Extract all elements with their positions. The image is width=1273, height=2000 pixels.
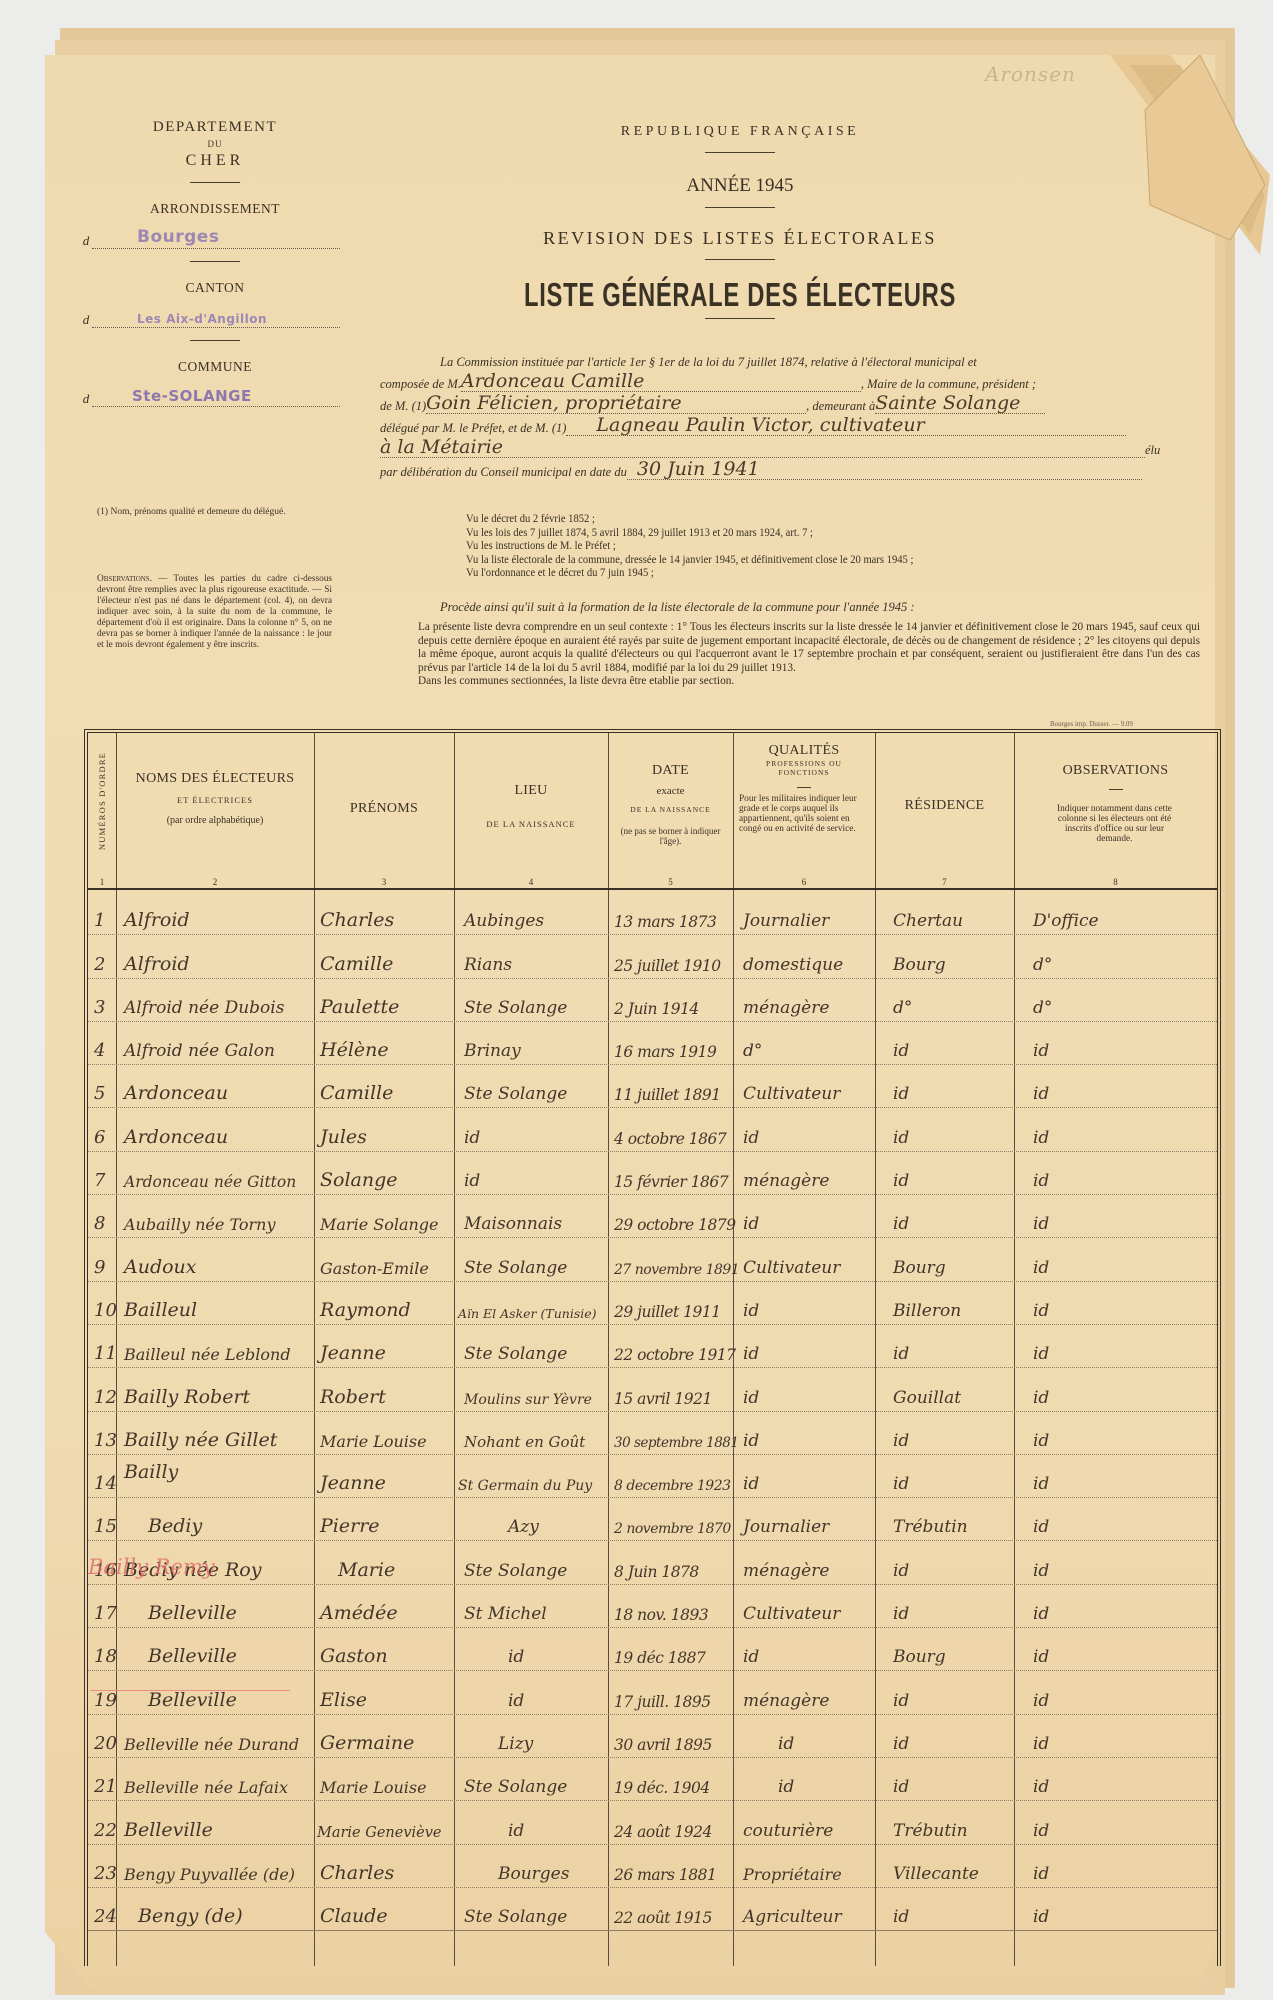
table-row: 8Aubailly née TornyMarie SolangeMaisonna… [88,1195,1217,1238]
cell-observations: id [1033,1691,1049,1711]
cell-profession: Journalier [743,911,829,931]
cell-lieu: id [508,1647,524,1667]
cell-date: 11 juillet 1891 [614,1086,721,1104]
cell-lieu: Ste Solange [464,1084,567,1104]
divider [705,207,775,208]
procede-statement: Procède ainsi qu'il suit à la formation … [440,600,915,615]
vu-line: Vu la liste électorale de la commune, dr… [466,554,913,568]
cell-prenoms: Paulette [320,996,399,1018]
cell-nom: Bailleul [124,1299,197,1321]
year-heading: ANNÉE 1945 [420,175,1060,197]
cell-prenoms: Jeanne [320,1472,386,1494]
cell-profession: ménagère [743,1691,829,1711]
cell-profession: Journalier [743,1517,829,1537]
cell-lieu: Nohant en Goût [464,1433,585,1451]
cell-residence: Trébutin [893,1517,968,1537]
table-row: 14BaillyJeanneSt Germain du Puy8 decembr… [88,1455,1217,1498]
cell-nom: Aubailly née Torny [124,1215,276,1234]
table-row: 11Bailleul née LeblondJeanneSte Solange2… [88,1325,1217,1368]
red-annotation: Bailly Remy [88,1555,215,1579]
table-row: 1AlfroidCharlesAubinges13 mars 1873Journ… [88,892,1217,935]
header-residence-title: RÉSIDENCE [875,798,1014,814]
cell-residence: Trébutin [893,1821,968,1841]
cell-prenoms: Claude [320,1905,388,1927]
cell-observations: id [1033,1084,1049,1104]
column-number: 6 [733,877,875,887]
cell-date: 24 août 1924 [614,1823,712,1841]
cell-prenoms: Marie [338,1559,395,1581]
demeurant-label: , demeurant à [806,399,875,414]
table-row: 5ArdonceauCamilleSte Solange11 juillet 1… [88,1065,1217,1108]
cell-observations: D'office [1033,911,1099,931]
pencil-note: Aronsen [985,62,1076,86]
cell-observations: id [1033,1128,1049,1148]
field-prefix: d [80,233,92,249]
cell-date: 27 novembre 1891 [614,1262,739,1278]
column-number: 3 [314,877,454,887]
table-row: 22BellevilleMarie Genevièveid24 août 192… [88,1801,1217,1844]
cell-num: 17 [94,1603,117,1624]
cell-observations: id [1033,1734,1049,1754]
cell-residence: d° [893,998,912,1018]
cell-observations: id [1033,1864,1049,1884]
cell-prenoms: Marie Geneviève [317,1825,442,1841]
commune-field: d Ste-SOLANGE [80,383,340,407]
header-date: DATE exacte DE LA NAISSANCE (ne pas se b… [608,733,733,890]
cell-date: 13 mars 1873 [614,913,716,931]
header-noms-sub: ET ÉLECTRICES [116,795,314,805]
cell-prenoms: Jeanne [320,1342,386,1364]
cell-num: 20 [94,1733,117,1754]
cell-nom: Ardonceau née Gitton [124,1173,296,1191]
cell-lieu: id [464,1128,480,1148]
cell-prenoms: Camille [320,1082,393,1104]
cell-profession: id [743,1431,759,1451]
header-date-sub2: DE LA NAISSANCE [608,805,733,814]
cell-num: 11 [94,1343,117,1364]
cell-observations: id [1033,1214,1049,1234]
red-underline [90,1690,290,1691]
cell-prenoms: Jules [320,1126,367,1148]
cell-residence: id [893,1691,909,1711]
cell-date: 15 avril 1921 [614,1390,712,1408]
commission-paragraph: La Commission instituée par l'article 1e… [380,352,1195,480]
cell-profession: id [743,1301,759,1321]
header-observations: OBSERVATIONS Indiquer notamment dans cet… [1014,733,1217,890]
cell-date: 2 novembre 1870 [614,1521,731,1537]
cell-num: 18 [94,1646,117,1667]
cell-prenoms: Charles [320,1862,394,1884]
cell-num: 21 [94,1776,117,1797]
cell-profession: id [743,1647,759,1667]
cell-profession: id [778,1734,794,1754]
cell-observations: id [1033,1777,1049,1797]
header-prenoms: PRÉNOMS 3 [314,733,454,890]
vu-line: Vu l'ordonnance et le décret du 7 juin 1… [466,567,913,581]
cell-lieu: Aubinges [464,911,544,931]
cell-date: 30 septembre 1881 [614,1435,738,1451]
observations-text: — Toutes les parties du cadre ci-dessous… [97,574,332,650]
vu-line: Vu le décret du 2 févrie 1852 ; [466,513,913,527]
title-block: REPUBLIQUE FRANÇAISE ANNÉE 1945 REVISION… [420,124,1060,319]
cell-nom: Alfroid née Galon [124,1041,275,1061]
table-row: 6ArdonceauJulesid4 octobre 1867ididid [88,1108,1217,1151]
cell-nom: Audoux [124,1256,197,1278]
cell-residence: Gouillat [893,1388,961,1408]
column-number: 4 [454,877,608,887]
cell-num: 3 [94,997,105,1018]
cell-date: 8 decembre 1923 [614,1478,731,1494]
cell-profession: domestique [743,955,843,975]
cell-date: 30 avril 1895 [614,1736,712,1754]
cell-num: 15 [94,1516,117,1537]
cell-nom: Belleville [148,1645,237,1667]
cell-nom: Ardonceau [124,1082,228,1104]
cell-date: 19 déc. 1904 [614,1779,710,1797]
electors-table: NUMÉROS D'ORDRE 1 NOMS DES ÉLECTEURS ET … [84,729,1221,1966]
divider [705,259,775,260]
column-number: 7 [875,877,1014,887]
commission-line-2: composée de M. Ardonceau Camille , Maire… [380,370,1195,392]
cell-num: 23 [94,1863,117,1884]
canton-stamp: Les Aix-d'Angillon [137,312,267,326]
cell-date: 15 février 1867 [614,1173,728,1191]
cell-profession: Agriculteur [743,1907,842,1927]
column-number: 8 [1014,877,1217,887]
cell-lieu: Ste Solange [464,998,567,1018]
cell-residence: id [893,1474,909,1494]
presente-paragraph-2: Dans les communes sectionnées, la liste … [394,675,1200,689]
cell-lieu: id [464,1171,480,1191]
cell-num: 24 [94,1906,117,1927]
cell-prenoms: Marie Louise [320,1432,427,1451]
cell-nom: Bediy [148,1515,202,1537]
cell-observations: d° [1033,955,1052,975]
cell-observations: id [1033,1171,1049,1191]
cell-num: 6 [94,1127,105,1148]
cell-prenoms: Gaston [320,1645,388,1667]
table-row: 7Ardonceau née GittonSolangeid15 février… [88,1152,1217,1195]
cell-nom: Alfroid [124,909,190,931]
cell-lieu: id [508,1821,524,1841]
delegue-label: délégué par M. le Préfet, et de M. (1) [380,421,566,436]
table-row: 18BellevilleGastonid19 déc 1887idBourgid [88,1628,1217,1671]
cell-residence: id [893,1431,909,1451]
canton-field: d Les Aix-d'Angillon [80,304,340,328]
divider [797,787,811,788]
cell-prenoms: Raymond [320,1299,411,1321]
cell-profession: id [743,1344,759,1364]
maire-suffix: , Maire de la commune, président ; [861,377,1036,392]
divider [1109,789,1123,790]
header-lieu-title: LIEU [454,783,608,799]
header-residence: RÉSIDENCE 7 [875,733,1014,890]
observations-note: Observations. — Toutes les parties du ca… [97,574,332,651]
cell-residence: id [893,1907,909,1927]
cell-residence: id [893,1734,909,1754]
commission-line-4: délégué par M. le Préfet, et de M. (1) L… [380,414,1195,436]
cell-profession: id [743,1388,759,1408]
cell-nom: Alfroid née Dubois [124,998,284,1018]
cell-prenoms: Pierre [320,1515,380,1537]
header-observations-title: OBSERVATIONS [1014,763,1217,779]
cell-num: 4 [94,1040,105,1061]
cell-nom: Bailly née Gillet [124,1429,277,1451]
header-numeros-label: NUMÉROS D'ORDRE [97,752,107,850]
cell-residence: Bourg [893,1258,946,1278]
header-prenoms-title: PRÉNOMS [314,801,454,817]
arrondissement-stamp: Bourges [137,227,219,247]
cell-profession: id [778,1777,794,1797]
arrondissement-field: d Bourges [80,225,340,249]
header-qualites-title: QUALITÉS [733,743,875,759]
cell-residence: id [893,1777,909,1797]
column-number: 2 [116,877,314,887]
cell-num: 22 [94,1820,117,1841]
cell-observations: id [1033,1821,1049,1841]
cell-residence: id [893,1561,909,1581]
cell-profession: Cultivateur [743,1084,840,1104]
cell-date: 29 juillet 1911 [614,1303,721,1321]
composee-label: composée de M. [380,377,461,392]
vu-list: Vu le décret du 2 févrie 1852 ; Vu les l… [466,513,913,581]
cell-observations: id [1033,1258,1049,1278]
revision-heading: REVISION DES LISTES ÉLECTORALES [420,228,1060,249]
cell-prenoms: Elise [320,1689,367,1711]
cell-observations: d° [1033,998,1052,1018]
cell-lieu: Lizy [498,1734,533,1754]
de-m-label: de M. (1) [380,399,426,414]
demeurant-place: Sainte Solange [875,392,1020,414]
cell-num: 12 [94,1387,117,1408]
cell-lieu: Ste Solange [464,1907,567,1927]
cell-nom: Belleville [124,1819,213,1841]
cell-lieu: St Michel [464,1604,547,1624]
table-row: 3Alfroid née DuboisPauletteSte Solange2 … [88,979,1217,1022]
departement-du: DU [90,139,340,149]
second-member-place: à la Métairie [380,436,503,458]
vu-line: Vu les instructions de M. le Préfet ; [466,540,913,554]
cell-date: 19 déc 1887 [614,1649,705,1667]
cell-date: 17 juill. 1895 [614,1693,711,1711]
cell-profession: Cultivateur [743,1604,840,1624]
cell-residence: id [893,1214,909,1234]
table-row: 17BellevilleAmédéeSt Michel18 nov. 1893C… [88,1585,1217,1628]
cell-nom: Belleville née Durand [124,1735,299,1754]
table-header: NUMÉROS D'ORDRE 1 NOMS DES ÉLECTEURS ET … [88,733,1217,890]
canton-label: CANTON [90,280,340,296]
cell-num: 10 [94,1300,117,1321]
cell-prenoms: Gaston-Emile [320,1259,429,1278]
cell-nom: Bailly Robert [124,1386,250,1408]
cell-profession: d° [743,1041,762,1061]
cell-num: 2 [94,954,105,975]
cell-num: 14 [94,1473,117,1494]
header-lieu: LIEU DE LA NAISSANCE 4 [454,733,608,890]
cell-num: 7 [94,1170,105,1191]
cell-prenoms: Marie Louise [320,1778,427,1797]
cell-profession: ménagère [743,1171,829,1191]
cell-residence: Bourg [893,1647,946,1667]
table-row: 21Belleville née LafaixMarie LouiseSte S… [88,1758,1217,1801]
cell-observations: id [1033,1041,1049,1061]
page-title: LISTE GÉNÉRALE DES ÉLECTEURS [510,276,971,314]
departement-name: CHER [90,152,340,170]
deliberation-date: 30 Juin 1941 [637,458,760,480]
cell-nom: Bengy Puyvallée (de) [124,1865,295,1884]
table-row: 16Bediy née RoyMarieSte Solange8 Juin 18… [88,1541,1217,1584]
header-observations-note: Indiquer notamment dans cette colonne si… [1014,804,1217,844]
maire-name: Ardonceau Camille [461,370,645,392]
cell-date: 18 nov. 1893 [614,1606,708,1624]
cell-profession: id [743,1214,759,1234]
cell-lieu: Ste Solange [464,1344,567,1364]
left-header: DEPARTEMENT DU CHER ARRONDISSEMENT d Bou… [90,118,340,407]
cell-prenoms: Germaine [320,1732,414,1754]
cell-residence: Villecante [893,1864,979,1884]
cell-date: 2 Juin 1914 [614,1000,699,1018]
table-row: 15BediyPierreAzy2 novembre 1870Journalie… [88,1498,1217,1541]
cell-nom: Alfroid [124,953,190,975]
cell-num: 8 [94,1213,105,1234]
divider [705,318,775,319]
cell-profession: id [743,1128,759,1148]
cell-nom: Belleville [148,1602,237,1624]
cell-lieu: Moulins sur Yèvre [464,1392,592,1408]
header-date-sub: exacte [608,785,733,797]
cell-profession: Cultivateur [743,1258,840,1278]
commission-line-1: La Commission instituée par l'article 1e… [380,352,1195,370]
cell-prenoms: Amédée [320,1602,398,1624]
cell-prenoms: Hélène [320,1039,389,1061]
second-member-name: Lagneau Paulin Victor, cultivateur [596,414,924,436]
divider [190,340,240,341]
cell-date: 8 Juin 1878 [614,1563,699,1581]
header-qualites: QUALITÉS PROFESSIONS OU FONCTIONS Pour l… [733,733,875,890]
cell-lieu: St Germain du Puy [458,1478,592,1494]
cell-prenoms: Solange [320,1169,398,1191]
cell-lieu: Maisonnais [464,1214,562,1234]
commune-label: COMMUNE [90,359,340,375]
elu-suffix: élu [1145,443,1160,458]
header-noms-title: NOMS DES ÉLECTEURS [116,771,314,787]
commission-line-6: par délibération du Conseil municipal en… [380,458,1195,480]
delegue-footnote: (1) Nom, prénoms qualité et demeure du d… [97,507,332,518]
cell-prenoms: Charles [320,909,394,931]
cell-date: 22 août 1915 [614,1909,712,1927]
commission-line-3: de M. (1) Goin Félicien, propriétaire , … [380,392,1195,414]
field-prefix: d [80,391,92,407]
cell-observations: id [1033,1431,1049,1451]
cell-observations: id [1033,1907,1049,1927]
cell-lieu: Ste Solange [464,1561,567,1581]
column-number: 1 [88,877,116,887]
cell-date: 4 octobre 1867 [614,1130,726,1148]
header-noms: NOMS DES ÉLECTEURS ET ÉLECTRICES (par or… [116,733,314,890]
cell-num: 5 [94,1083,105,1104]
observations-label: Observations. [97,574,152,584]
cell-date: 25 juillet 1910 [614,957,721,975]
header-date-note: (ne pas se borner à indiquer l'âge). [608,826,733,846]
cell-nom: Bailly [124,1461,178,1483]
cell-nom: Bengy (de) [138,1905,243,1927]
cell-lieu: Azy [508,1517,539,1537]
table-row: 9AudouxGaston-EmileSte Solange27 novembr… [88,1238,1217,1281]
divider [705,152,775,153]
table-row: 24Bengy (de)ClaudeSte Solange22 août 191… [88,1888,1217,1931]
cell-num: 9 [94,1257,105,1278]
cell-residence: id [893,1171,909,1191]
cell-num: 19 [94,1690,117,1711]
divider [190,261,240,262]
cell-observations: id [1033,1344,1049,1364]
cell-observations: id [1033,1474,1049,1494]
arrondissement-label: ARRONDISSEMENT [90,201,340,217]
deliberation-label: par délibération du Conseil municipal en… [380,465,627,480]
presente-paragraph: La présente liste devra comprendre en un… [394,621,1200,675]
vu-line: Vu les lois des 7 juillet 1874, 5 avril … [466,527,913,541]
table-row: 12Bailly RobertRobertMoulins sur Yèvre15… [88,1368,1217,1411]
cell-residence: id [893,1344,909,1364]
cell-lieu: Brinay [464,1041,521,1061]
republique-heading: REPUBLIQUE FRANÇAISE [420,124,1060,140]
cell-profession: couturière [743,1821,833,1841]
cell-observations: id [1033,1301,1049,1321]
cell-num: 1 [94,910,105,931]
divider [190,182,240,183]
cell-lieu: id [508,1691,524,1711]
header-qualites-note: Pour les militaires indiquer leur grade … [733,794,875,834]
table-row: 23Bengy Puyvallée (de)CharlesBourges26 m… [88,1845,1217,1888]
cell-residence: id [893,1604,909,1624]
cell-nom: Belleville née Lafaix [124,1778,288,1797]
cell-residence: Chertau [893,911,963,931]
cell-observations: id [1033,1561,1049,1581]
cell-date: 16 mars 1919 [614,1043,716,1061]
cell-date: 22 octobre 1917 [614,1346,736,1364]
cell-observations: id [1033,1604,1049,1624]
cell-date: 29 octobre 1879 [614,1216,736,1234]
header-lieu-sub: DE LA NAISSANCE [454,819,608,829]
cell-lieu: Aïn El Asker (Tunisie) [458,1306,597,1321]
column-number: 5 [608,877,733,887]
cell-nom: Ardonceau [124,1126,228,1148]
cell-observations: id [1033,1517,1049,1537]
cell-lieu: Ste Solange [464,1777,567,1797]
cell-residence: id [893,1084,909,1104]
departement-label: DEPARTEMENT [90,118,340,136]
cell-profession: ménagère [743,998,829,1018]
cell-prenoms: Marie Solange [320,1215,439,1234]
folded-corner-icon [1110,55,1270,255]
table-row: 4Alfroid née GalonHélèneBrinay16 mars 19… [88,1022,1217,1065]
header-qualites-sub: PROFESSIONS OU FONCTIONS [733,759,875,777]
cell-profession: ménagère [743,1561,829,1581]
cell-residence: id [893,1128,909,1148]
header-noms-note: (par ordre alphabétique) [116,815,314,826]
field-prefix: d [80,312,92,328]
table-row: 10BailleulRaymondAïn El Asker (Tunisie)2… [88,1282,1217,1325]
header-date-title: DATE [608,763,733,779]
presente-instructions: La présente liste devra comprendre en un… [394,621,1200,689]
cell-residence: Billeron [893,1301,961,1321]
table-body: 1AlfroidCharlesAubinges13 mars 1873Journ… [88,892,1217,1931]
cell-date: 26 mars 1881 [614,1866,716,1884]
cell-residence: id [893,1041,909,1061]
cell-profession: Propriétaire [743,1865,842,1884]
header-numeros: NUMÉROS D'ORDRE 1 [88,733,116,890]
cell-observations: id [1033,1647,1049,1667]
